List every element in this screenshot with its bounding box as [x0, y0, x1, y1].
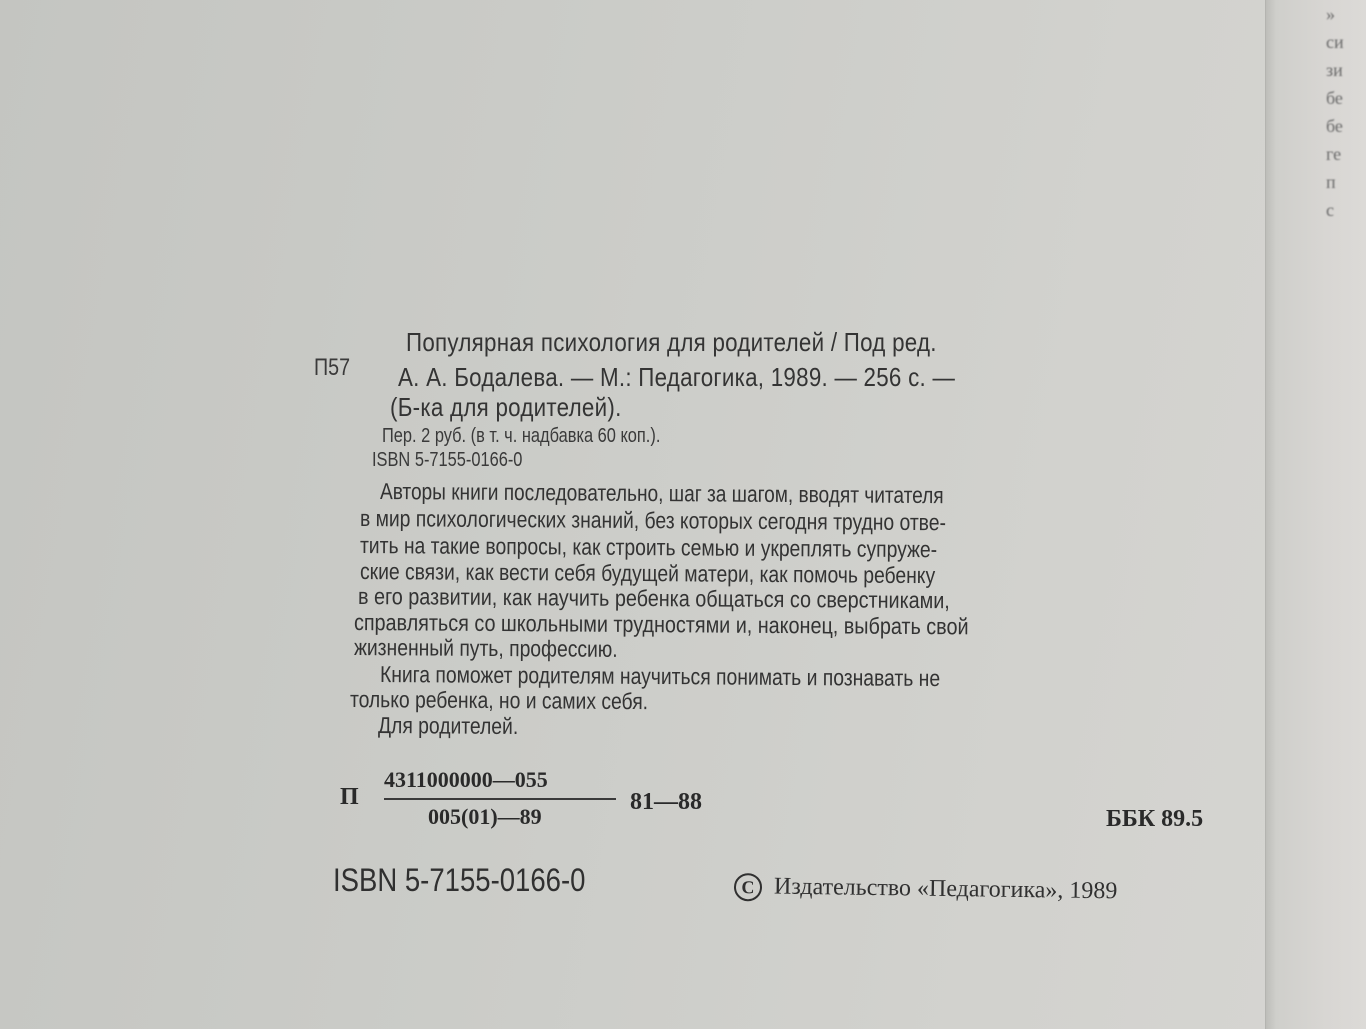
- price-line: Пер. 2 руб. (в т. ч. надбавка 60 коп.).: [382, 425, 660, 448]
- fraction-bar: [384, 798, 616, 800]
- title-line-3: (Б-ка для родителей).: [390, 392, 622, 423]
- copyright-text: Издательство «Педагогика», 1989: [774, 874, 1118, 905]
- facing-fragment: зи: [1326, 56, 1366, 84]
- title-line-2: А. А. Бодалева. — М.: Педагогика, 1989. …: [398, 362, 955, 393]
- annotation-line: в мир психологических знаний, без которы…: [360, 505, 946, 536]
- index-denominator: 005(01)—89: [428, 804, 542, 830]
- isbn-large: ISBN 5-7155-0166-0: [333, 862, 585, 899]
- classification-code: П57: [314, 354, 350, 382]
- facing-page-edge: » си зи бе бе ге п с: [1265, 0, 1366, 1029]
- annotation-line: Авторы книги последовательно, шаг за шаг…: [380, 478, 944, 509]
- facing-fragment: п: [1326, 168, 1366, 196]
- facing-fragment: бе: [1326, 112, 1366, 140]
- title-line-1: Популярная психология для родителей / По…: [406, 327, 937, 358]
- facing-fragment: ге: [1326, 140, 1366, 168]
- facing-fragment: бе: [1326, 84, 1366, 112]
- annotation-line: только ребенка, но и самих себя.: [350, 686, 648, 715]
- annotation-line: жизненный путь, профессию.: [354, 634, 618, 663]
- isbn-small: ISBN 5-7155-0166-0: [372, 449, 522, 472]
- index-suffix: 81—88: [630, 789, 702, 816]
- facing-fragment: си: [1326, 28, 1366, 56]
- facing-fragment: с: [1326, 196, 1366, 224]
- copyright-icon: C: [734, 873, 762, 901]
- facing-fragment: »: [1326, 0, 1366, 28]
- index-letter: П: [340, 784, 359, 811]
- facing-page-text: » си зи бе бе ге п с: [1326, 0, 1366, 260]
- copyright-line: CИздательство «Педагогика», 1989: [734, 873, 1118, 907]
- index-numerator: 4311000000—055: [384, 767, 548, 793]
- annotation-line: Для родителей.: [378, 712, 518, 740]
- bbk-code: ББК 89.5: [1106, 806, 1203, 833]
